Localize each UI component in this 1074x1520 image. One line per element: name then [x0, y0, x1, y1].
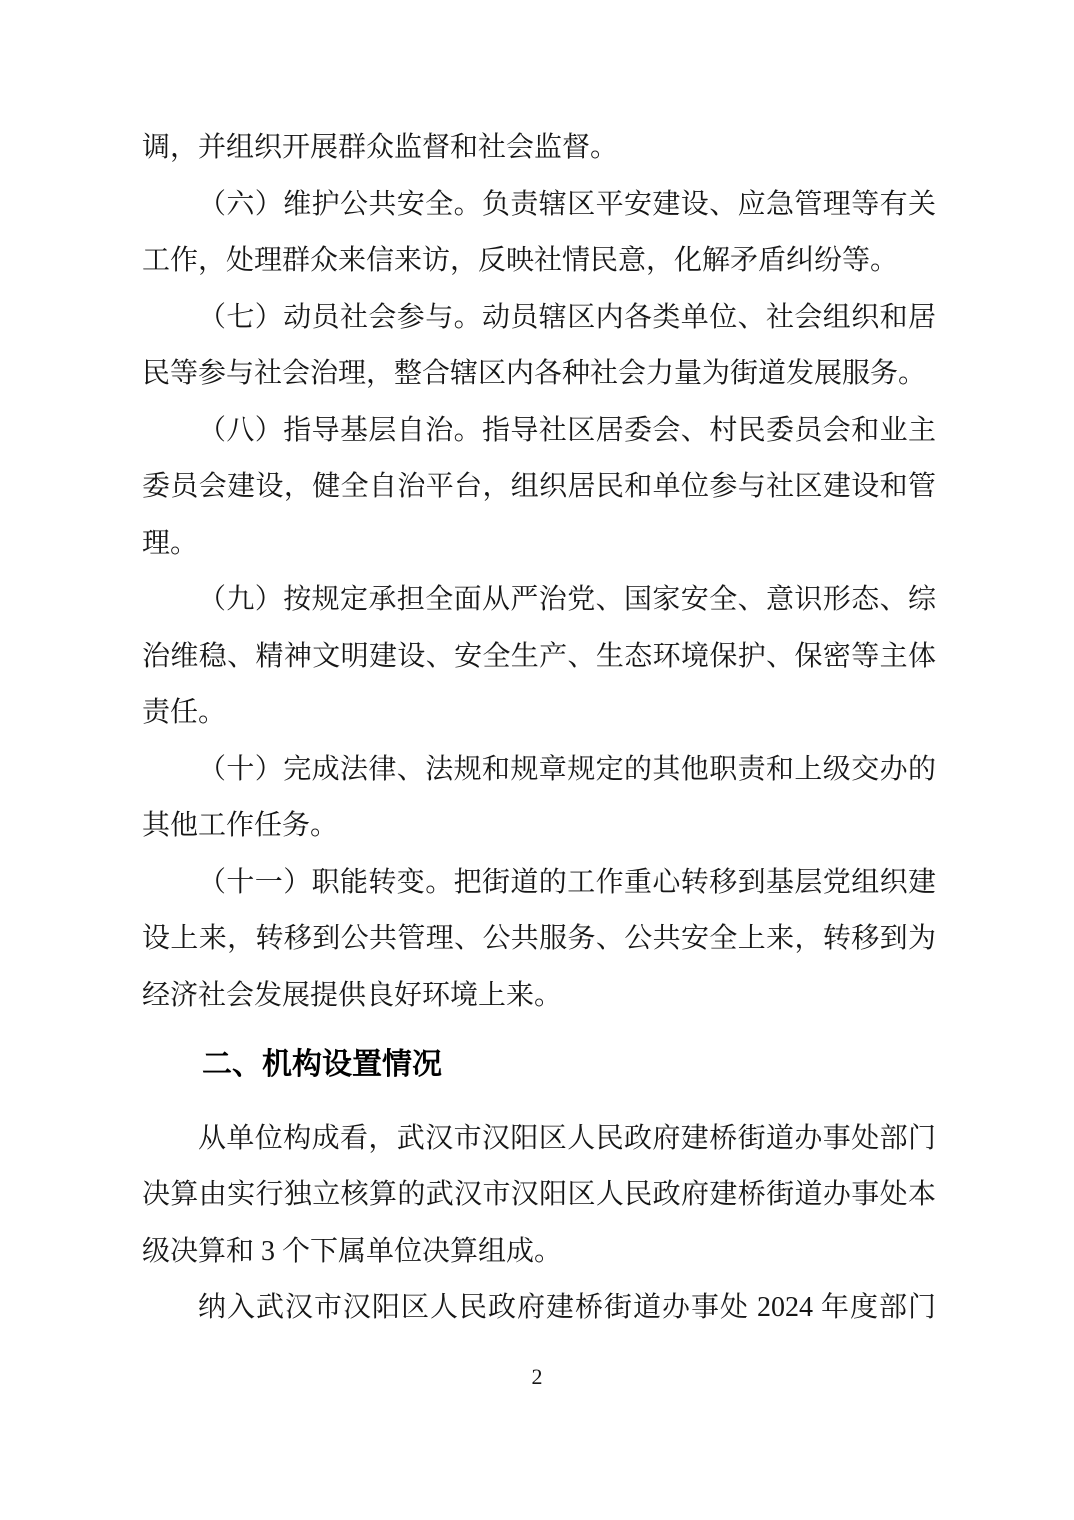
paragraph-item-7: （七）动员社会参与。动员辖区内各类单位、社会组织和居民等参与社会治理，整合辖区内…	[142, 290, 936, 403]
paragraph-item-9: （九）按规定承担全面从严治党、国家安全、意识形态、综治维稳、精神文明建设、安全生…	[142, 572, 936, 742]
document-page: 调，并组织开展群众监督和社会监督。 （六）维护公共安全。负责辖区平安建设、应急管…	[0, 0, 1074, 1520]
paragraph-continues-next-page: 纳入武汉市汉阳区人民政府建桥街道办事处 2024 年度部门	[142, 1280, 936, 1337]
paragraph-item-10: （十）完成法律、法规和规章规定的其他职责和上级交办的其他工作任务。	[142, 742, 936, 855]
section-heading: 二、机构设置情况	[142, 1037, 936, 1094]
paragraph-item-8: （八）指导基层自治。指导社区居委会、村民委员会和业主委员会建设，健全自治平台，组…	[142, 403, 936, 573]
paragraph-item-6: （六）维护公共安全。负责辖区平安建设、应急管理等有关工作，处理群众来信来访，反映…	[142, 177, 936, 290]
page-number: 2	[0, 1362, 1074, 1392]
page-content: 调，并组织开展群众监督和社会监督。 （六）维护公共安全。负责辖区平安建设、应急管…	[142, 120, 936, 1337]
paragraph-item-11: （十一）职能转变。把街道的工作重心转移到基层党组织建设上来，转移到公共管理、公共…	[142, 855, 936, 1025]
paragraph-continued-from-previous-page: 调，并组织开展群众监督和社会监督。	[142, 120, 936, 177]
paragraph-unit-composition: 从单位构成看，武汉市汉阳区人民政府建桥街道办事处部门决算由实行独立核算的武汉市汉…	[142, 1111, 936, 1281]
